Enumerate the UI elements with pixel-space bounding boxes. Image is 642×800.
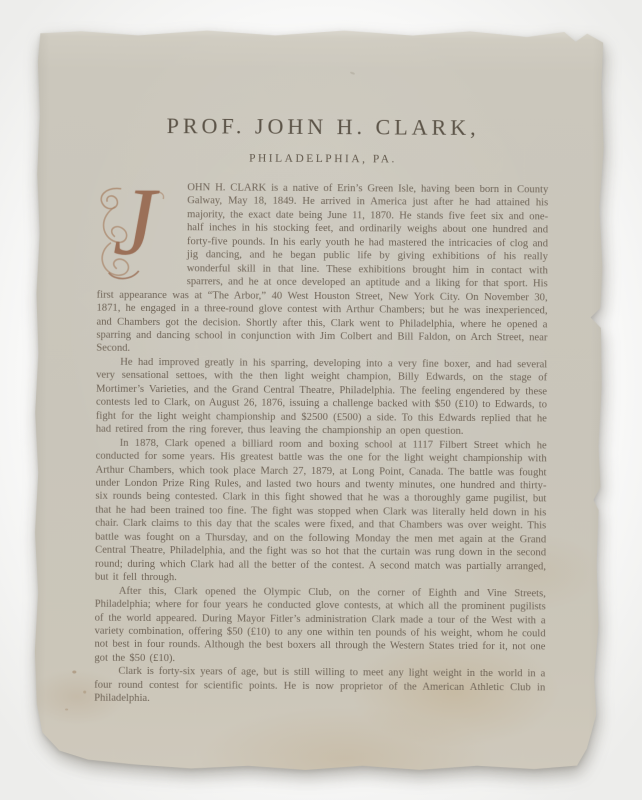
page-content: PROF. JOHN H. CLARK, PHILADELPHIA, PA. xyxy=(31,24,608,774)
body-text: J OHN H. CLARK is a native of Erin’s Gre… xyxy=(94,181,548,708)
paragraph: J OHN H. CLARK is a native of Erin’s Gre… xyxy=(96,181,548,359)
page-shadow: PROF. JOHN H. CLARK, PHILADELPHIA, PA. xyxy=(31,24,608,774)
dropcap-letter: J xyxy=(113,167,156,277)
paragraph: In 1878, Clark opened a billiard room an… xyxy=(95,436,547,587)
page-subtitle: PHILADELPHIA, PA. xyxy=(97,152,548,167)
photo-backdrop: PROF. JOHN H. CLARK, PHILADELPHIA, PA. xyxy=(0,0,642,800)
ornate-initial: J xyxy=(91,183,180,283)
page-title: PROF. JOHN H. CLARK, xyxy=(98,113,549,142)
document-page: PROF. JOHN H. CLARK, PHILADELPHIA, PA. xyxy=(31,24,608,774)
paragraph: Clark is forty-six years of age, but is … xyxy=(94,665,545,708)
paragraph: After this, Clark opened the Olympic Clu… xyxy=(94,584,545,667)
paragraph: He had improved greatly in his sparring,… xyxy=(96,356,547,439)
